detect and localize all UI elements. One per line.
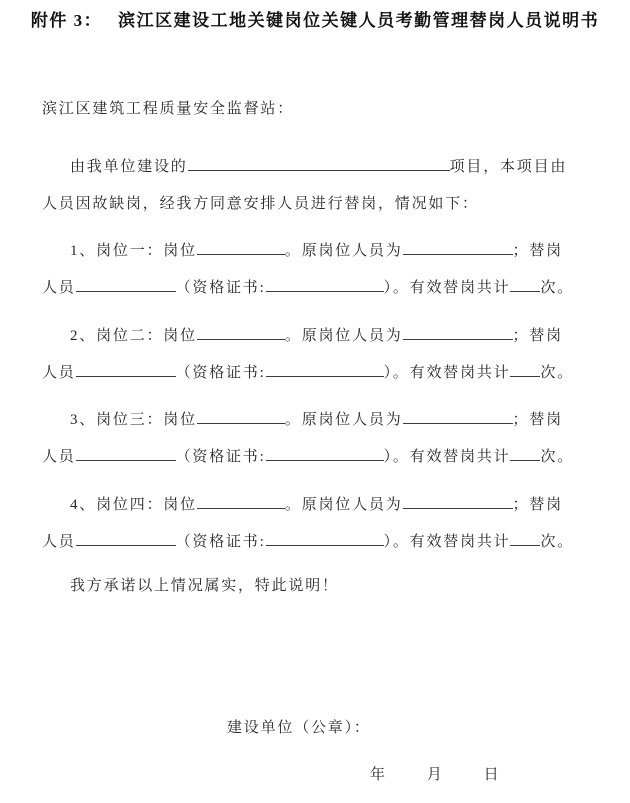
position-blank	[197, 240, 285, 255]
item-3-mid: 。原岗位人员为	[285, 412, 403, 428]
item-1-l2-cert: （资格证书:	[176, 280, 266, 296]
item-1-line-1: 1、岗位一：岗位。原岗位人员为；替岗	[42, 233, 588, 270]
item-3-l2-after: ）。有效替岗共计	[384, 449, 511, 465]
item-3-l2-end: 次。	[540, 449, 574, 465]
position-item-4: 4、岗位四：岗位。原岗位人员为；替岗 人员（资格证书:）。有效替岗共计次。	[42, 487, 588, 561]
position-item-1: 1、岗位一：岗位。原岗位人员为；替岗 人员（资格证书:）。有效替岗共计次。	[42, 233, 588, 307]
certificate-blank	[266, 446, 384, 461]
position-blank	[197, 409, 285, 424]
substitute-person-blank	[76, 362, 176, 377]
item-2-line-1: 2、岗位二：岗位。原岗位人员为；替岗	[42, 318, 588, 355]
intro-line-1: 由我单位建设的项目，本项目由	[42, 149, 588, 186]
item-2-l2-end: 次。	[540, 365, 574, 381]
item-4-l2-cert: （资格证书:	[176, 534, 266, 550]
item-4-mid: 。原岗位人员为	[285, 497, 403, 513]
count-blank	[510, 531, 540, 546]
certificate-blank	[266, 362, 384, 377]
document-body: 滨江区建筑工程质量安全监督站： 由我单位建设的项目，本项目由 人员因故缺岗，经我…	[0, 94, 630, 790]
item-2-l2-lead: 人员	[42, 365, 76, 381]
item-1-mid: 。原岗位人员为	[285, 243, 403, 259]
date-month-label: 月	[427, 760, 444, 790]
item-4-l2-lead: 人员	[42, 534, 76, 550]
substitute-person-blank	[76, 531, 176, 546]
item-3-tail: ；替岗	[513, 412, 563, 428]
intro-after-blank: 项目，本项目由	[450, 159, 568, 175]
item-2-mid: 。原岗位人员为	[285, 328, 403, 344]
original-person-blank	[403, 240, 513, 255]
attachment-label: 附件 3：	[31, 11, 102, 30]
item-3-line-2: 人员（资格证书:）。有效替岗共计次。	[42, 439, 588, 476]
project-name-blank	[188, 156, 450, 171]
signature-unit-label: 建设单位（公章）：	[227, 713, 588, 743]
count-blank	[510, 362, 540, 377]
item-1-l2-lead: 人员	[42, 280, 76, 296]
title-text: 滨江区建设工地关键岗位关键人员考勤管理替岗人员说明书	[118, 11, 599, 30]
count-blank	[510, 446, 540, 461]
item-3-l2-cert: （资格证书:	[176, 449, 266, 465]
item-2-l2-cert: （资格证书:	[176, 365, 266, 381]
item-2-tail: ；替岗	[513, 328, 563, 344]
certificate-blank	[266, 277, 384, 292]
item-1-l2-after: ）。有效替岗共计	[384, 280, 511, 296]
date-day-label: 日	[484, 760, 501, 790]
position-blank	[197, 325, 285, 340]
document-title: 附件 3：滨江区建设工地关键岗位关键人员考勤管理替岗人员说明书	[0, 0, 630, 32]
substitute-person-blank	[76, 446, 176, 461]
item-4-line-2: 人员（资格证书:）。有效替岗共计次。	[42, 524, 588, 561]
position-item-2: 2、岗位二：岗位。原岗位人员为；替岗 人员（资格证书:）。有效替岗共计次。	[42, 318, 588, 392]
salutation: 滨江区建筑工程质量安全监督站：	[42, 94, 588, 124]
item-4-l2-after: ）。有效替岗共计	[384, 534, 511, 550]
substitute-person-blank	[76, 277, 176, 292]
item-2-l2-after: ）。有效替岗共计	[384, 365, 511, 381]
item-1-l2-end: 次。	[540, 280, 574, 296]
item-1-tail: ；替岗	[513, 243, 563, 259]
item-1-line-2: 人员（资格证书:）。有效替岗共计次。	[42, 270, 588, 307]
item-3-lead: 3、岗位三：岗位	[70, 412, 197, 428]
item-2-line-2: 人员（资格证书:）。有效替岗共计次。	[42, 355, 588, 392]
item-3-l2-lead: 人员	[42, 449, 76, 465]
intro-line-2: 人员因故缺岗，经我方同意安排人员进行替岗，情况如下：	[42, 186, 588, 223]
signature-date-line: 年 月 日	[370, 760, 588, 790]
date-year-label: 年	[370, 760, 387, 790]
item-4-line-1: 4、岗位四：岗位。原岗位人员为；替岗	[42, 487, 588, 524]
original-person-blank	[403, 325, 513, 340]
intro-lead: 由我单位建设的	[70, 159, 188, 175]
item-4-l2-end: 次。	[540, 534, 574, 550]
item-3-line-1: 3、岗位三：岗位。原岗位人员为；替岗	[42, 402, 588, 439]
position-blank	[197, 494, 285, 509]
item-4-lead: 4、岗位四：岗位	[70, 497, 197, 513]
item-2-lead: 2、岗位二：岗位	[70, 328, 197, 344]
certificate-blank	[266, 531, 384, 546]
count-blank	[510, 277, 540, 292]
original-person-blank	[403, 494, 513, 509]
position-item-3: 3、岗位三：岗位。原岗位人员为；替岗 人员（资格证书:）。有效替岗共计次。	[42, 402, 588, 476]
document-page: 附件 3：滨江区建设工地关键岗位关键人员考勤管理替岗人员说明书 滨江区建筑工程质…	[0, 0, 630, 803]
commitment-line: 我方承诺以上情况属实，特此说明！	[42, 568, 588, 605]
original-person-blank	[403, 409, 513, 424]
item-1-lead: 1、岗位一：岗位	[70, 243, 197, 259]
item-4-tail: ；替岗	[513, 497, 563, 513]
